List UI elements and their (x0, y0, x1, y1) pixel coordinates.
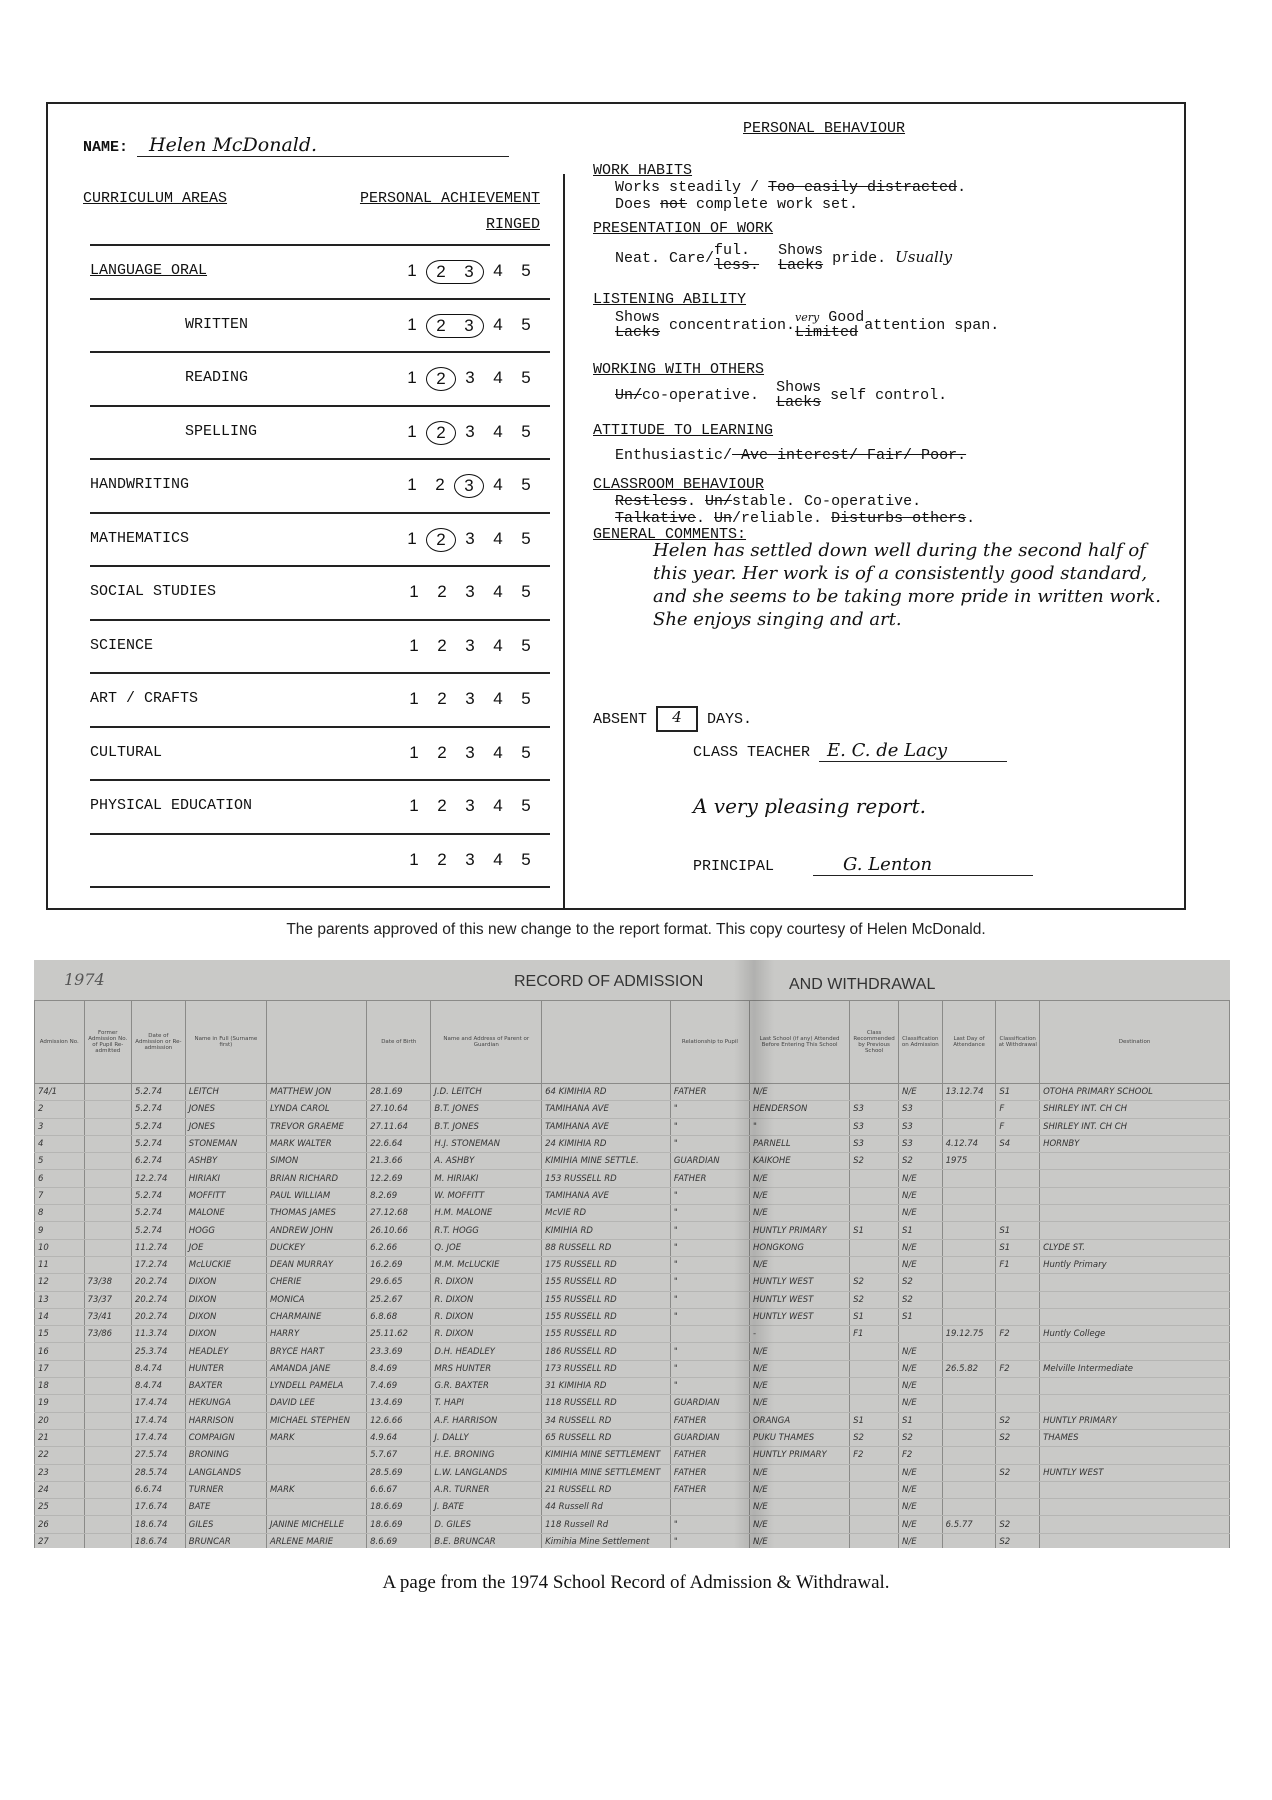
score-option: 5 (512, 367, 540, 389)
table-cell: 73/86 (84, 1326, 131, 1343)
table-cell: GILES (185, 1516, 266, 1533)
table-cell: 6.8.68 (367, 1308, 431, 1325)
table-cell (84, 1429, 131, 1446)
table-cell: 12.6.66 (367, 1412, 431, 1429)
table-cell: S3 (898, 1135, 942, 1152)
table-cell: F (996, 1101, 1040, 1118)
table-cell: OTOHA PRIMARY SCHOOL (1040, 1084, 1230, 1101)
table-cell: 4.9.64 (367, 1429, 431, 1446)
table-cell: 22 (35, 1447, 85, 1464)
score-option: 1 (398, 367, 426, 389)
table-cell: 5 (35, 1153, 85, 1170)
column-header: Date of Admission or Re-admission (131, 1001, 185, 1084)
table-cell (996, 1499, 1040, 1516)
table-cell (996, 1447, 1040, 1464)
table-cell: LANGLANDS (185, 1464, 266, 1481)
table-cell: 6.2.74 (131, 1153, 185, 1170)
score-option: 3 (455, 314, 484, 338)
table-cell: 26 (35, 1516, 85, 1533)
subject-label: PHYSICAL EDUCATION (90, 797, 252, 814)
table-cell (850, 1187, 899, 1204)
table-cell (996, 1481, 1040, 1498)
table-cell: W. MOFFITT (431, 1187, 542, 1204)
table-cell: ANDREW JOHN (266, 1222, 366, 1239)
table-cell: HEADLEY (185, 1343, 266, 1360)
table-cell: S1 (898, 1222, 942, 1239)
subject-row: MATHEMATICS12345 (90, 512, 550, 566)
table-cell: TAMIHANA AVE (542, 1118, 671, 1135)
table-cell: 14 (35, 1308, 85, 1325)
table-cell: KIMIHIA RD (542, 1222, 671, 1239)
table-cell: 155 RUSSELL RD (542, 1274, 671, 1291)
table-cell (84, 1499, 131, 1516)
table-cell: R.T. HOGG (431, 1222, 542, 1239)
table-cell (84, 1360, 131, 1377)
table-cell (942, 1499, 996, 1516)
table-cell: DIXON (185, 1274, 266, 1291)
table-row: 2328.5.74LANGLANDS28.5.69L.W. LANGLANDSK… (35, 1464, 1230, 1481)
table-cell: 20.2.74 (131, 1308, 185, 1325)
table-cell (84, 1533, 131, 1548)
table-cell (942, 1308, 996, 1325)
table-cell: 65 RUSSELL RD (542, 1429, 671, 1446)
score-option: 5 (512, 635, 540, 657)
score-option: 1 (400, 742, 428, 764)
table-cell: S2 (898, 1153, 942, 1170)
table-cell: 31 KIMIHIA RD (542, 1378, 671, 1395)
table-cell: H.M. MALONE (431, 1205, 542, 1222)
column-header: Former Admission No. of Pupil Re-admitte… (84, 1001, 131, 1084)
table-cell (1040, 1222, 1230, 1239)
subject-list: LANGUAGE ORAL12345WRITTEN12345READING123… (90, 244, 550, 888)
table-cell: 12.2.69 (367, 1170, 431, 1187)
table-cell: 13.4.69 (367, 1395, 431, 1412)
principal: PRINCIPAL G. Lenton (693, 854, 1033, 876)
table-cell: 21.3.66 (367, 1153, 431, 1170)
table-row: 95.2.74HOGGANDREW JOHN26.10.66R.T. HOGGK… (35, 1222, 1230, 1239)
table-cell: 22.6.64 (367, 1135, 431, 1152)
table-cell: 16.2.69 (367, 1256, 431, 1273)
column-header: Classification on Admission (898, 1001, 942, 1084)
table-cell (84, 1395, 131, 1412)
table-row: 188.4.74BAXTERLYNDELL PAMELA7.4.69G.R. B… (35, 1378, 1230, 1395)
table-row: 178.4.74HUNTERAMANDA JANE8.4.69MRS HUNTE… (35, 1360, 1230, 1377)
score-option: 3 (456, 849, 484, 871)
table-cell (84, 1447, 131, 1464)
subject-label: LANGUAGE ORAL (90, 262, 207, 279)
table-cell: 7 (35, 1187, 85, 1204)
table-cell (850, 1084, 899, 1101)
table-cell: CHERIE (266, 1274, 366, 1291)
table-cell: S1 (850, 1308, 899, 1325)
table-cell: J.D. LEITCH (431, 1084, 542, 1101)
register-title-left: RECORD OF ADMISSION (514, 973, 703, 991)
table-cell: B.T. JONES (431, 1101, 542, 1118)
achievement-scale: 12345 (398, 314, 540, 338)
table-cell (84, 1343, 131, 1360)
table-cell: T. HAPI (431, 1395, 542, 1412)
table-cell: 5.2.74 (131, 1135, 185, 1152)
table-cell (942, 1533, 996, 1548)
table-cell (84, 1153, 131, 1170)
subject-row: WRITTEN12345 (90, 298, 550, 352)
principal-note: A very pleasing report. (693, 794, 926, 818)
table-row: 2117.4.74COMPAIGNMARK4.9.64J. DALLY65 RU… (35, 1429, 1230, 1446)
table-cell: 64 KIMIHIA RD (542, 1084, 671, 1101)
score-option: 2 (426, 421, 456, 445)
table-cell: 25 (35, 1499, 85, 1516)
table-cell (84, 1481, 131, 1498)
subject-label: READING (185, 369, 248, 386)
table-cell (942, 1118, 996, 1135)
table-cell: 4.12.74 (942, 1135, 996, 1152)
table-cell: 9 (35, 1222, 85, 1239)
table-cell (1040, 1170, 1230, 1187)
table-cell: L.W. LANGLANDS (431, 1464, 542, 1481)
table-cell: 25.3.74 (131, 1343, 185, 1360)
table-cell: HEKUNGA (185, 1395, 266, 1412)
score-option: 4 (484, 688, 512, 710)
table-cell (84, 1412, 131, 1429)
achievement-scale: 12345 (400, 581, 540, 603)
table-cell (996, 1170, 1040, 1187)
table-cell (84, 1135, 131, 1152)
subject-row: READING12345 (90, 351, 550, 405)
table-cell: M.M. McLUCKIE (431, 1256, 542, 1273)
score-option: 3 (456, 688, 484, 710)
table-cell: 8.4.69 (367, 1360, 431, 1377)
table-cell (1040, 1395, 1230, 1412)
name-field: NAME: Helen McDonald. (83, 134, 509, 157)
table-cell (850, 1499, 899, 1516)
table-cell: R. DIXON (431, 1274, 542, 1291)
table-cell (942, 1205, 996, 1222)
column-header: Name and Address of Parent or Guardian (431, 1001, 542, 1084)
table-cell (942, 1343, 996, 1360)
table-row: 56.2.74ASHBYSIMON21.3.66A. ASHBYKIMIHIA … (35, 1153, 1230, 1170)
table-cell (1040, 1291, 1230, 1308)
table-cell (850, 1395, 899, 1412)
table-cell (84, 1256, 131, 1273)
table-cell (1040, 1447, 1230, 1464)
score-option: 2 (426, 314, 455, 338)
table-cell: MATTHEW JON (266, 1084, 366, 1101)
table-cell (942, 1187, 996, 1204)
table-cell: LYNDA CAROL (266, 1101, 366, 1118)
table-cell: 175 RUSSELL RD (542, 1256, 671, 1273)
table-cell: F1 (996, 1256, 1040, 1273)
table-cell: 5.2.74 (131, 1101, 185, 1118)
table-cell: 16 (35, 1343, 85, 1360)
table-cell (996, 1205, 1040, 1222)
achievement-scale: 12345 (400, 849, 540, 871)
ringed-label: RINGED (340, 216, 540, 233)
table-cell: JANINE MICHELLE (266, 1516, 366, 1533)
table-cell (850, 1205, 899, 1222)
table-cell (84, 1118, 131, 1135)
listening-section: LISTENING ABILITY ShowsLacks concentrati… (593, 291, 999, 340)
table-cell (996, 1187, 1040, 1204)
table-cell: S3 (850, 1135, 899, 1152)
table-cell: 5.2.74 (131, 1187, 185, 1204)
table-cell: N/E (898, 1395, 942, 1412)
table-cell: 5.2.74 (131, 1222, 185, 1239)
subject-label: ART / CRAFTS (90, 690, 198, 707)
table-cell: Huntly Primary (1040, 1256, 1230, 1273)
subject-row: HANDWRITING12345 (90, 458, 550, 512)
table-cell: DAVID LEE (266, 1395, 366, 1412)
table-cell: DIXON (185, 1308, 266, 1325)
column-header: Admission No. (35, 1001, 85, 1084)
score-option: 2 (426, 474, 454, 496)
table-cell (84, 1516, 131, 1533)
table-cell: ASHBY (185, 1153, 266, 1170)
table-cell: HARRISON (185, 1412, 266, 1429)
table-cell: 4 (35, 1135, 85, 1152)
achievement-scale: 12345 (400, 688, 540, 710)
table-cell: 18.6.69 (367, 1516, 431, 1533)
table-cell: 3 (35, 1118, 85, 1135)
table-row: 35.2.74JONESTREVOR GRAEME27.11.64B.T. JO… (35, 1118, 1230, 1135)
table-row: 1473/4120.2.74DIXONCHARMAINE6.8.68R. DIX… (35, 1308, 1230, 1325)
table-cell: 17.4.74 (131, 1395, 185, 1412)
table-cell (850, 1481, 899, 1498)
table-cell (942, 1464, 996, 1481)
table-cell: S3 (898, 1101, 942, 1118)
table-cell (996, 1274, 1040, 1291)
column-header: Date of Birth (367, 1001, 431, 1084)
table-cell: 18.6.74 (131, 1516, 185, 1533)
table-cell: HUNTER (185, 1360, 266, 1377)
table-cell: Kimihia Mine Settlement (542, 1533, 671, 1548)
column-header: Destination (1040, 1001, 1230, 1084)
table-cell: JONES (185, 1118, 266, 1135)
table-row: 1917.4.74HEKUNGADAVID LEE13.4.69T. HAPI1… (35, 1395, 1230, 1412)
table-cell: S3 (850, 1118, 899, 1135)
table-cell: BATE (185, 1499, 266, 1516)
classroom-behaviour-section: CLASSROOM BEHAVIOUR Restless. Un/stable.… (593, 476, 975, 527)
class-teacher-signature: E. C. de Lacy (819, 740, 1007, 762)
achievement-scale: 12345 (398, 260, 540, 284)
table-cell: McLUCKIE (185, 1256, 266, 1273)
table-cell: S2 (996, 1516, 1040, 1533)
table-cell: SHIRLEY INT. CH CH (1040, 1101, 1230, 1118)
table-cell: 5.2.74 (131, 1084, 185, 1101)
table-cell (84, 1378, 131, 1395)
table-cell: 173 RUSSELL RD (542, 1360, 671, 1377)
table-cell: 74/1 (35, 1084, 85, 1101)
table-cell (850, 1378, 899, 1395)
table-cell (942, 1239, 996, 1256)
score-option: 4 (484, 474, 512, 496)
achievement-scale: 12345 (400, 795, 540, 817)
table-cell: 13 (35, 1291, 85, 1308)
table-cell: B.T. JONES (431, 1118, 542, 1135)
table-cell: DEAN MURRAY (266, 1256, 366, 1273)
table-cell: Q. JOE (431, 1239, 542, 1256)
table-cell: TAMIHANA AVE (542, 1187, 671, 1204)
absent-days: ABSENT 4 DAYS. (593, 706, 752, 732)
table-cell: ARLENE MARIE (266, 1533, 366, 1548)
score-option: 3 (456, 421, 484, 443)
table-row: 1273/3820.2.74DIXONCHERIE29.6.65R. DIXON… (35, 1274, 1230, 1291)
table-cell (1040, 1481, 1230, 1498)
table-cell: 19 (35, 1395, 85, 1412)
table-cell: 8.6.69 (367, 1533, 431, 1548)
table-cell: 11.3.74 (131, 1326, 185, 1343)
table-cell: S1 (898, 1308, 942, 1325)
table-cell: 73/38 (84, 1274, 131, 1291)
table-cell (942, 1395, 996, 1412)
score-option: 5 (512, 688, 540, 710)
table-cell: D.H. HEADLEY (431, 1343, 542, 1360)
register-table: Admission No.Former Admission No. of Pup… (34, 1000, 1230, 1548)
table-cell: A. ASHBY (431, 1153, 542, 1170)
table-cell: 17 (35, 1360, 85, 1377)
table-cell: S2 (996, 1464, 1040, 1481)
table-cell: F1 (850, 1326, 899, 1343)
table-cell: 18.6.69 (367, 1499, 431, 1516)
table-cell: S3 (850, 1101, 899, 1118)
score-option: 5 (512, 314, 540, 336)
table-cell (942, 1412, 996, 1429)
table-cell: 26.5.82 (942, 1360, 996, 1377)
achievement-scale: 12345 (398, 421, 540, 445)
score-option: 3 (456, 581, 484, 603)
table-cell: MICHAEL STEPHEN (266, 1412, 366, 1429)
table-cell: S2 (996, 1533, 1040, 1548)
table-cell: 88 RUSSELL RD (542, 1239, 671, 1256)
table-cell: N/E (898, 1378, 942, 1395)
table-cell: F2 (850, 1447, 899, 1464)
score-option: 3 (455, 260, 484, 284)
table-cell: N/E (898, 1360, 942, 1377)
table-cell (850, 1464, 899, 1481)
table-cell: S2 (850, 1274, 899, 1291)
table-cell: MOFFITT (185, 1187, 266, 1204)
table-row: 1117.2.74McLUCKIEDEAN MURRAY16.2.69M.M. … (35, 1256, 1230, 1273)
score-option: 1 (400, 849, 428, 871)
table-cell: 19.12.75 (942, 1326, 996, 1343)
table-cell: S2 (898, 1291, 942, 1308)
table-cell: LYNDELL PAMELA (266, 1378, 366, 1395)
table-cell: 1975 (942, 1153, 996, 1170)
score-option: 2 (428, 688, 456, 710)
table-cell: S1 (996, 1222, 1040, 1239)
table-cell: 12 (35, 1274, 85, 1291)
table-cell: S4 (996, 1135, 1040, 1152)
table-cell: JONES (185, 1101, 266, 1118)
subject-label: WRITTEN (185, 316, 248, 333)
table-cell (1040, 1153, 1230, 1170)
work-habits-section: WORK HABITS Works steadily / Too easily … (593, 162, 966, 213)
table-cell: S3 (898, 1118, 942, 1135)
table-cell (996, 1343, 1040, 1360)
table-cell (266, 1499, 366, 1516)
table-cell: S2 (996, 1429, 1040, 1446)
table-cell: AMANDA JANE (266, 1360, 366, 1377)
table-cell: BRYCE HART (266, 1343, 366, 1360)
presentation-section: PRESENTATION OF WORK Neat. Care/ful.less… (593, 220, 952, 273)
subject-label: HANDWRITING (90, 476, 189, 493)
column-header (266, 1001, 366, 1084)
table-cell: HIRIAKI (185, 1170, 266, 1187)
table-cell: 25.11.62 (367, 1326, 431, 1343)
table-cell (850, 1360, 899, 1377)
table-cell: 5.2.74 (131, 1118, 185, 1135)
admission-register: 1974 RECORD OF ADMISSION AND WITHDRAWAL … (34, 960, 1230, 1548)
table-cell: BRUNCAR (185, 1533, 266, 1548)
register-caption: A page from the 1974 School Record of Ad… (0, 1572, 1272, 1594)
table-cell: 12.2.74 (131, 1170, 185, 1187)
table-cell: J. DALLY (431, 1429, 542, 1446)
score-option: 5 (512, 474, 540, 496)
subject-label: SOCIAL STUDIES (90, 583, 216, 600)
score-option: 5 (512, 742, 540, 764)
score-option: 1 (400, 688, 428, 710)
table-cell: A.R. TURNER (431, 1481, 542, 1498)
table-cell (1040, 1274, 1230, 1291)
score-option: 5 (512, 581, 540, 603)
score-option: 3 (456, 528, 484, 550)
register-year: 1974 (64, 970, 105, 989)
table-cell (84, 1101, 131, 1118)
subject-label: MATHEMATICS (90, 530, 189, 547)
table-row: 2017.4.74HARRISONMICHAEL STEPHEN12.6.66A… (35, 1412, 1230, 1429)
table-cell: 6.5.77 (942, 1516, 996, 1533)
table-row: 25.2.74JONESLYNDA CAROL27.10.64B.T. JONE… (35, 1101, 1230, 1118)
table-cell (942, 1274, 996, 1291)
score-option: 1 (398, 260, 426, 282)
curriculum-header: CURRICULUM AREAS (83, 190, 227, 207)
table-cell: 6.2.66 (367, 1239, 431, 1256)
table-cell: 29.6.65 (367, 1274, 431, 1291)
subject-label: CULTURAL (90, 744, 162, 761)
table-cell: MARK (266, 1429, 366, 1446)
table-cell: DUCKEY (266, 1239, 366, 1256)
table-cell: J. BATE (431, 1499, 542, 1516)
table-cell: 5.2.74 (131, 1205, 185, 1222)
table-cell: 28.5.74 (131, 1464, 185, 1481)
subject-label: SCIENCE (90, 637, 153, 654)
table-cell (942, 1256, 996, 1273)
table-cell: COMPAIGN (185, 1429, 266, 1446)
table-cell: KIMIHIA MINE SETTLEMENT (542, 1464, 671, 1481)
table-row: 74/15.2.74LEITCHMATTHEW JON28.1.69J.D. L… (35, 1084, 1230, 1101)
absent-days-box: 4 (656, 706, 698, 732)
score-option: 1 (400, 635, 428, 657)
table-row: 1011.2.74JOEDUCKEY6.2.66Q. JOE88 RUSSELL… (35, 1239, 1230, 1256)
score-option: 3 (454, 474, 484, 498)
table-cell (1040, 1187, 1230, 1204)
table-cell: MALONE (185, 1205, 266, 1222)
table-cell: MARK (266, 1481, 366, 1498)
table-row: 2227.5.74BRONING5.7.67H.E. BRONINGKIMIHI… (35, 1447, 1230, 1464)
table-cell: B.E. BRUNCAR (431, 1533, 542, 1548)
table-cell: A.F. HARRISON (431, 1412, 542, 1429)
achievement-header: PERSONAL ACHIEVEMENT (340, 190, 540, 207)
subject-row: SCIENCE12345 (90, 619, 550, 673)
subject-row: SPELLING12345 (90, 405, 550, 459)
table-cell: 13.12.74 (942, 1084, 996, 1101)
table-cell: F (996, 1118, 1040, 1135)
class-teacher: CLASS TEACHER E. C. de Lacy (693, 740, 1007, 762)
table-row: 1625.3.74HEADLEYBRYCE HART23.3.69D.H. HE… (35, 1343, 1230, 1360)
table-cell (1040, 1308, 1230, 1325)
table-cell: 73/37 (84, 1291, 131, 1308)
table-cell: 27.11.64 (367, 1118, 431, 1135)
table-cell: THOMAS JAMES (266, 1205, 366, 1222)
